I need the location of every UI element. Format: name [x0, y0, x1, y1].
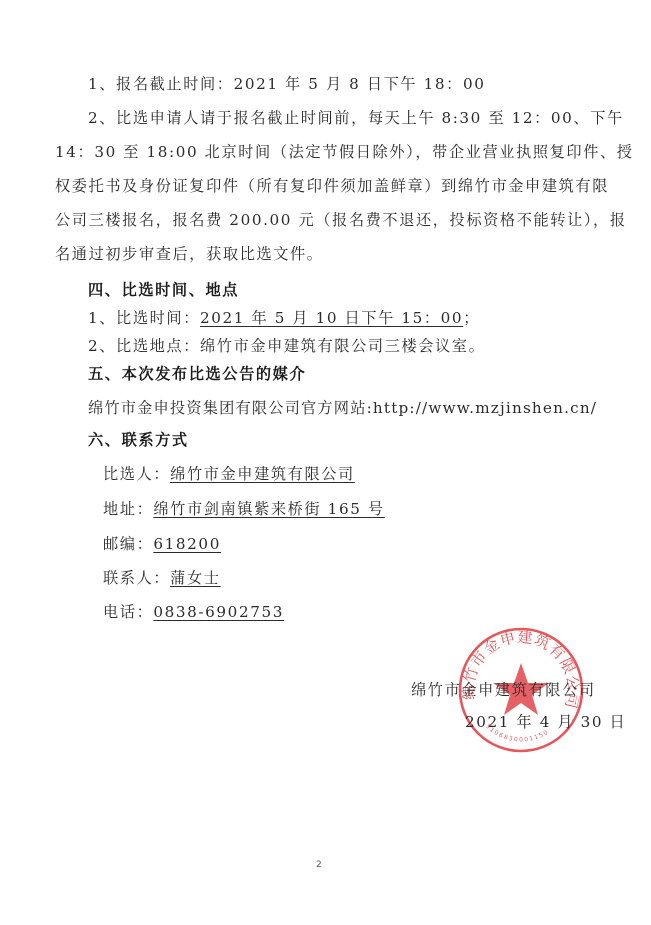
contact-phone-label: 电话： [103, 603, 153, 621]
contact-address-value: 绵竹市剑南镇紫来桥街 165 号 [153, 500, 384, 518]
signature-company: 绵竹市金申建筑有限公司 [411, 680, 596, 700]
contact-bidder-label: 比选人： [103, 465, 170, 483]
contact-person-label: 联系人： [103, 569, 170, 587]
registration-instructions-line-3: 权委托书及身份证复印件（所有复印件须加盖鲜章）到绵竹市金申建筑有限 [55, 176, 609, 196]
section-5-heading: 五、本次发布比选公告的媒介 [88, 364, 306, 384]
contact-person: 联系人：蒲女士 [103, 568, 221, 588]
selection-time-value: 2021 年 5 月 10 日下午 15：00 [200, 309, 463, 327]
contact-address-label: 地址： [103, 500, 153, 518]
registration-instructions-line-2: 14：30 至 18:00 北京时间（法定节假日除外），带企业营业执照复印件、授 [55, 142, 634, 162]
registration-instructions-line-4: 公司三楼报名，报名费 200.00 元（报名费不退还，投标资格不能转让），报 [55, 210, 627, 230]
media-website: 绵竹市金申投资集团有限公司官方网站:http://www.mzjinshen.c… [88, 398, 597, 418]
contact-postcode-value: 618200 [153, 535, 221, 553]
registration-deadline: 1、报名截止时间：2021 年 5 月 8 日下午 18：00 [88, 74, 485, 94]
registration-instructions-line-1: 2、比选申请人请于报名截止时间前，每天上午 8:30 至 12：00、下午 [88, 108, 624, 128]
section-4-heading: 四、比选时间、地点 [88, 280, 239, 300]
contact-person-value: 蒲女士 [170, 569, 220, 587]
contact-phone-value: 0838-6902753 [153, 603, 284, 621]
page-number: 2 [316, 860, 322, 870]
registration-instructions-line-5: 名通过初步审查后，获取比选文件。 [55, 244, 324, 264]
selection-time: 1、比选时间：2021 年 5 月 10 日下午 15：00； [88, 308, 480, 328]
contact-postcode-label: 邮编： [103, 535, 153, 553]
contact-phone: 电话：0838-6902753 [103, 602, 284, 622]
section-6-heading: 六、联系方式 [88, 430, 189, 450]
contact-postcode: 邮编：618200 [103, 534, 221, 554]
selection-time-suffix: ； [463, 309, 480, 327]
contact-address: 地址：绵竹市剑南镇紫来桥街 165 号 [103, 499, 385, 519]
signature-date: 2021 年 4 月 30 日 [465, 712, 626, 732]
document-page: 1、报名截止时间：2021 年 5 月 8 日下午 18：00 2、比选申请人请… [0, 0, 651, 925]
contact-bidder: 比选人：绵竹市金申建筑有限公司 [103, 464, 355, 484]
selection-place: 2、比选地点：绵竹市金申建筑有限公司三楼会议室。 [88, 336, 485, 356]
selection-time-label: 1、比选时间： [88, 309, 200, 327]
contact-bidder-value: 绵竹市金申建筑有限公司 [170, 465, 355, 483]
